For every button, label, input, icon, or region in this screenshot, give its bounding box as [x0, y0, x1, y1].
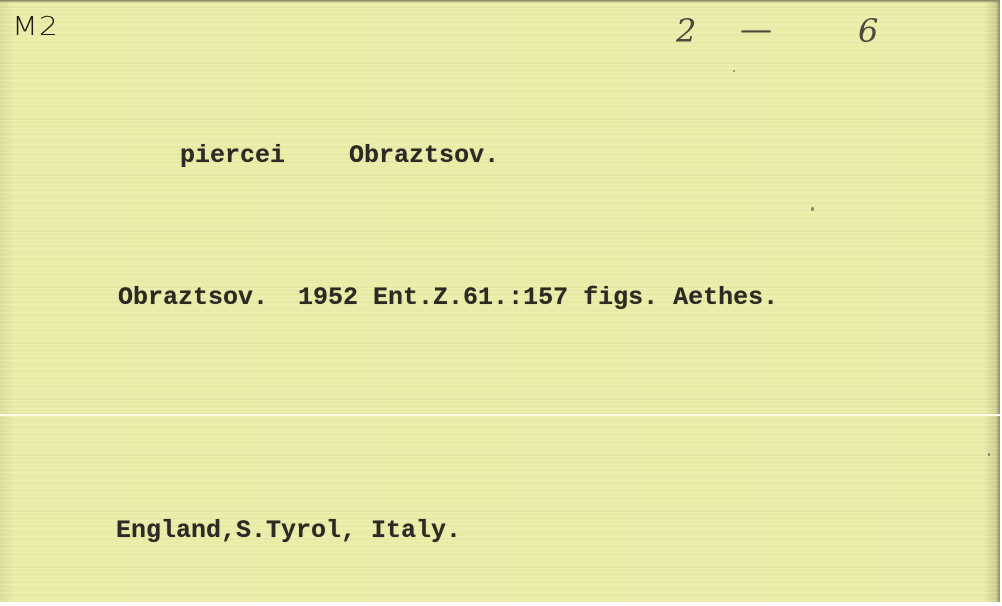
handwritten-range-end: 6: [858, 12, 879, 50]
species-name: piercei: [180, 141, 285, 170]
paper-speck: [733, 70, 735, 72]
card-scan-line: [0, 414, 1000, 416]
card-top-edge: [0, 0, 1000, 3]
paper-speck: [988, 453, 990, 456]
species-author: Obraztsov.: [349, 141, 499, 170]
handwritten-range-start: 2: [676, 12, 697, 50]
species-line: pierceiObraztsov.: [120, 112, 499, 199]
card-right-edge: [996, 0, 1000, 602]
index-card: M2 2 — 6 pierceiObraztsov. Obraztsov. 19…: [0, 0, 1000, 602]
paper-speck: [811, 207, 814, 211]
handwritten-call-number: M2: [12, 12, 59, 42]
distribution-line: England,S.Tyrol, Italy.: [116, 516, 461, 545]
handwritten-range-separator: —: [740, 10, 773, 48]
reference-line: Obraztsov. 1952 Ent.Z.61.:157 figs. Aeth…: [118, 283, 778, 312]
